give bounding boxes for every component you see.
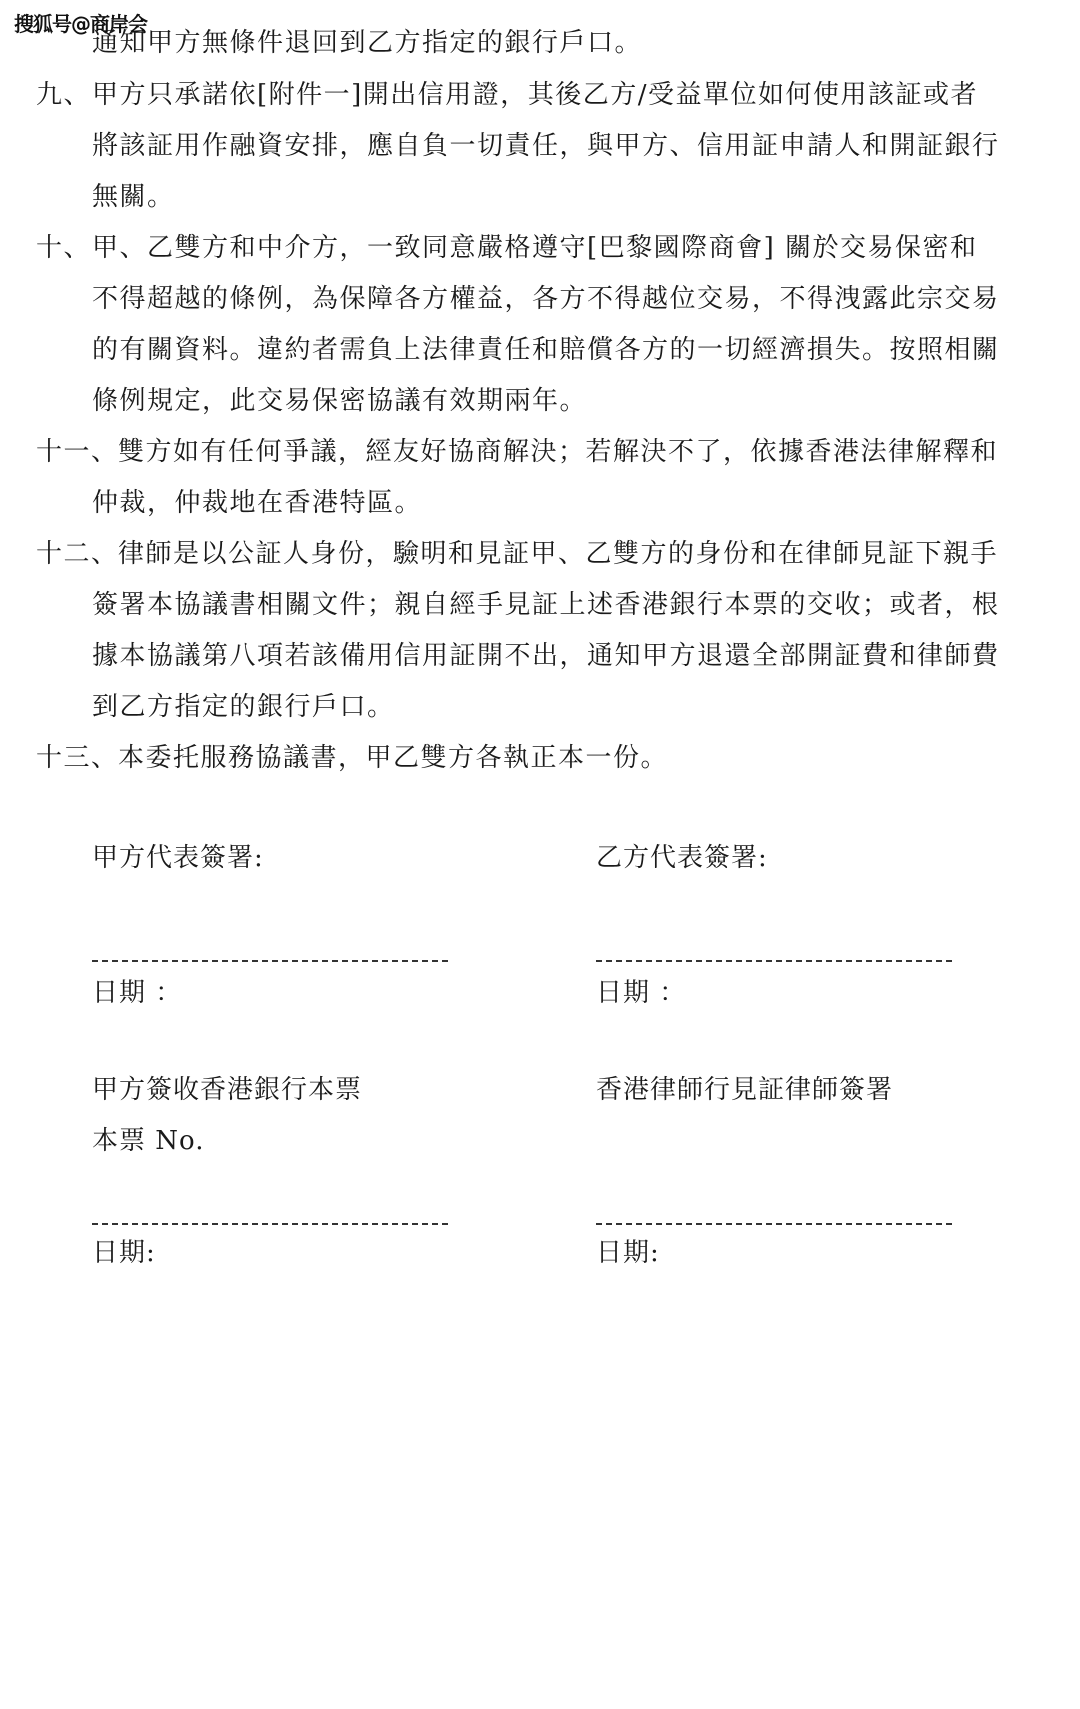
clause-11-line-2: 仲裁，仲裁地在香港特區。 [92,488,422,518]
clause-10-line-3: 的有關資料。違約者需負上法律責任和賠償各方的一切經濟損失。按照相關 [92,335,1000,365]
clause-9-number: 九、 [36,80,91,110]
clause-9-line-2: 將該証用作融資安排，應自負一切責任，與甲方、信用証申請人和開証銀行 [92,131,1000,161]
receipt-date-label: 日期: [92,1238,156,1268]
clause-12-line-1: 律師是以公証人身份，驗明和見証甲、乙雙方的身份和在律師見証下親手 [118,539,998,569]
clause-11-line-1: 雙方如有任何爭議，經友好協商解決；若解決不了，依據香港法律解釋和 [118,437,998,467]
clause-10-line-1: 甲、乙雙方和中介方，一致同意嚴格遵守[巴黎國際商會] 關於交易保密和 [92,233,978,263]
receipt-signature-line[interactable] [92,1223,448,1225]
clause-12-number: 十二、 [36,539,119,569]
cheque-number-label: 本票 No. [92,1126,204,1156]
party-a-rep-label: 甲方代表簽署: [92,843,264,873]
clause-12-line-4: 到乙方指定的銀行戶口。 [92,692,395,722]
clause-8-line-1: 通知甲方無條件退回到乙方指定的銀行戶口。 [92,28,642,58]
party-a-signature-line[interactable] [92,960,448,962]
clause-9-line-1: 甲方只承諾依[附件一]開出信用證，其後乙方/受益單位如何使用該証或者 [92,80,978,110]
lawyer-signature-line[interactable] [596,1223,952,1225]
party-b-signature-line[interactable] [596,960,952,962]
clause-10-line-4: 條例規定，此交易保密協議有效期兩年。 [92,386,587,416]
clause-12-line-3: 據本協議第八項若該備用信用証開不出，通知甲方退還全部開証費和律師費 [92,641,1000,671]
party-a-receipt-label: 甲方簽收香港銀行本票 [92,1075,362,1105]
clause-11-number: 十一、 [36,437,119,467]
clause-13-number: 十三、 [36,743,119,773]
clause-9-line-3: 無關。 [92,182,175,212]
lawyer-date-label: 日期: [596,1238,660,1268]
party-b-rep-label: 乙方代表簽署: [596,843,768,873]
party-b-date-label: 日期 ： [596,978,686,1008]
party-a-date-label: 日期 ： [92,978,182,1008]
clause-13-line-1: 本委托服務協議書，甲乙雙方各執正本一份。 [118,743,668,773]
clause-10-number: 十、 [36,233,91,263]
lawyer-witness-label: 香港律師行見証律師簽署 [596,1075,893,1105]
clause-12-line-2: 簽署本協議書相關文件；親自經手見証上述香港銀行本票的交收；或者，根 [92,590,1000,620]
clause-10-line-2: 不得超越的條例，為保障各方權益，各方不得越位交易，不得洩露此宗交易 [92,284,1000,314]
